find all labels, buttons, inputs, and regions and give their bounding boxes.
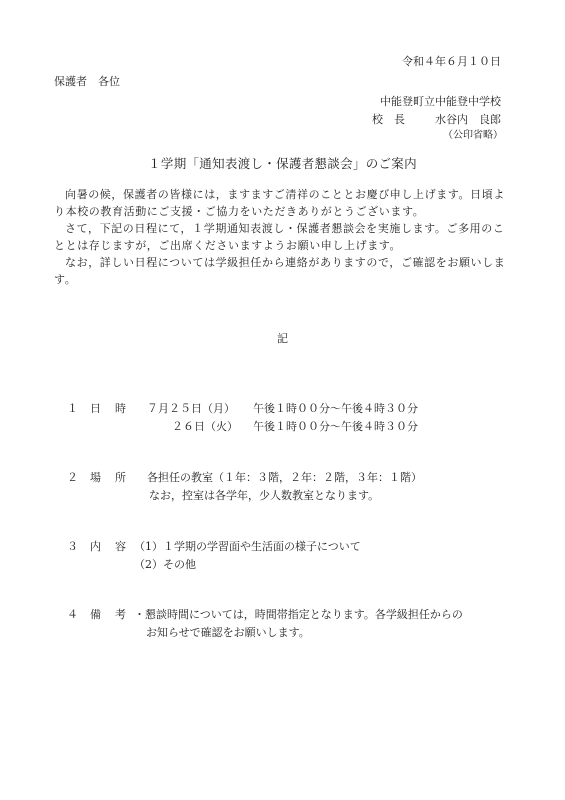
item-label: 場所 [90,472,140,483]
location-line-1: 各担任の教室（１年：３階，２年：２階，３年：１階） [147,472,422,483]
item-label: 日時 [90,403,140,414]
item-number: ２ [67,472,78,483]
item-label: 内容 [90,541,140,552]
content-line-1: （1）１学期の学習面や生活面の様子について [134,541,361,552]
schedule-date-1: ７月２５日（月） [147,403,235,414]
schedule-time-1: 午後１時００分～午後４時３０分 [253,403,418,414]
body-text: 向暑の候，保護者の皆様には，ますますご清祥のこととお慶び申し上げます。日頃より本… [54,186,506,288]
schedule-time-2: 午後１時００分～午後４時３０分 [253,421,418,432]
schedule-date-2: ２６日（火） [172,421,238,432]
remarks-line-2: お知らせで確認をお願いします。 [146,627,310,638]
document-date: 令和４年６月１０日 [402,56,501,67]
paragraph-announcement: さて，下記の日程にて，１学期通知表渡し・保護者懇談会を実施します。ご多用のことと… [54,220,506,254]
item-number: ３ [67,541,78,552]
school-name: 中能登町立中能登中学校 [380,96,501,107]
item-number: １ [67,403,78,414]
principal-title: 校 長 [372,114,405,125]
item-number: ４ [67,609,78,620]
ki-heading: 記 [0,333,565,344]
content-line-2: （2）その他 [134,559,196,570]
remarks-line-1: ・懇談時間については，時間帯指定となります。各学級担任からの [134,609,463,620]
paragraph-note: なお，詳しい日程については学級担任から連絡がありますので，ご確認をお願いします。 [54,254,506,288]
location-line-2: なお，控室は各学年，少人数教室となります。 [149,490,379,501]
paragraph-greeting: 向暑の候，保護者の皆様には，ますますご清祥のこととお慶び申し上げます。日頃より本… [54,186,506,220]
document-title: １学期「通知表渡し・保護者懇談会」のご案内 [0,158,565,171]
principal-name: 水谷内 良郎 [435,114,501,125]
seal-note: （公印省略） [443,131,503,141]
item-label: 備考 [90,609,140,620]
recipient: 保護者 各位 [54,76,120,87]
